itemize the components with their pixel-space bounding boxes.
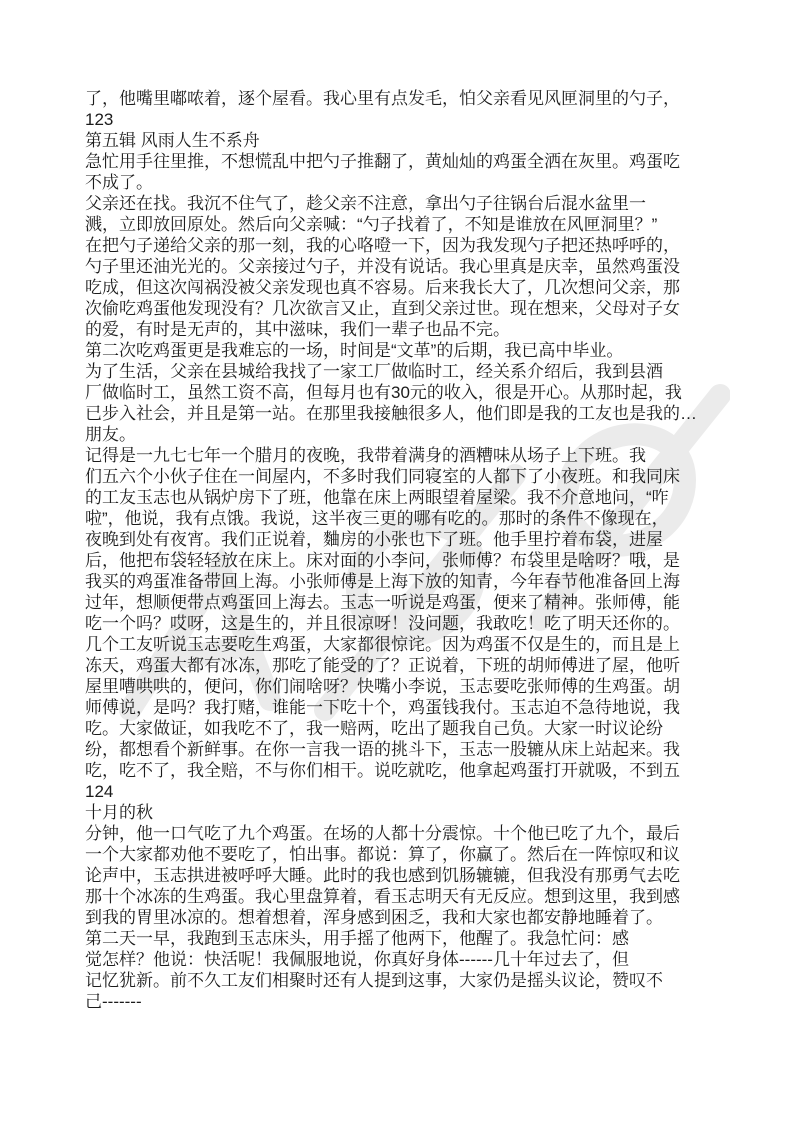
text-line: 第二天一早，我跑到玉志床头，用手摇了他两下，他醒了。我急忙问：感 [85,928,725,949]
text-line: 夜晚到处有夜宵。我们正说着，麯房的小张也下了班。他手里拧着布袋，进屋 [85,529,725,550]
text-line: 急忙用手往里推，不想慌乱中把勺子推翻了，黄灿灿的鸡蛋全洒在灰里。鸡蛋吃 [85,151,725,172]
text-line: 第二次吃鸡蛋更是我难忘的一场，时间是“文革”的后期，我已高中毕业。 [85,340,725,361]
text-line: 我买的鸡蛋准备带回上海。小张师傅是上海下放的知青，今年春节他准备回上海 [85,571,725,592]
text-line: 过年，想顺便带点鸡蛋回上海去。玉志一听说是鸡蛋，便来了精神。张师傅，能 [85,592,725,613]
text-line: 冻天，鸡蛋大都有冰冻，那吃了能受的了？正说着，下班的胡师傅进了屋，他听 [85,655,725,676]
text-line: 朋友。 [85,424,725,445]
text-line: 觉怎样？他说：快活呢！我佩服地说，你真好身体------几十年过去了，但 [85,949,725,970]
text-line: 父亲还在找。我沉不住气了，趁父亲不注意，拿出勺子往锅台后混水盆里一 [85,193,725,214]
text-line: 勺子里还油光光的。父亲接过勺子，并没有说话。我心里真是庆幸，虽然鸡蛋没 [85,256,725,277]
text-line: 那十个冰冻的生鸡蛋。我心里盘算着，看玉志明天有无反应。想到这里，我到感 [85,886,725,907]
text-line: 己------- [85,991,725,1012]
text-line: 屋里嘈哄哄的，便问，你们闹啥呀？快嘴小李说，玉志要吃张师傅的生鸡蛋。胡 [85,676,725,697]
text-line: 为了生活，父亲在县城给我找了一家工厂做临时工，经关系介绍后，我到县酒 [85,361,725,382]
text-line: 分钟，他一口气吃了九个鸡蛋。在场的人都十分震惊。十个他已吃了九个，最后 [85,823,725,844]
text-line: 了，他嘴里嘟哝着，逐个屋看。我心里有点发毛，怕父亲看见风匣洞里的勺子， [85,88,725,109]
text-line: 次偷吃鸡蛋他发现没有？几次欲言又止，直到父亲过世。现在想来，父母对子女 [85,298,725,319]
text-line: 吃，吃不了，我全赔，不与你们相干。说吃就吃，他拿起鸡蛋打开就吸，不到五 [85,760,725,781]
text-line: 不成了。 [85,172,725,193]
document-page: 了，他嘴里嘟哝着，逐个屋看。我心里有点发毛，怕父亲看见风匣洞里的勺子，123第五… [0,0,793,1122]
text-line: 十月的秋 [85,802,725,823]
text-line: 吃成，但这次闯祸没被父亲发现也真不容易。后来我长大了，几次想问父亲，那 [85,277,725,298]
text-line: 溅，立即放回原处。然后向父亲喊：“勺子找着了，不知是谁放在风匣洞里？” [85,214,725,235]
text-line: 一个大家都劝他不要吃了，怕出事。都说：算了，你赢了。然后在一阵惊叹和议 [85,844,725,865]
text-line: 吃一个吗？哎呀，这是生的，并且很凉呀！没问题，我敢吃！吃了明天还你的。 [85,613,725,634]
text-line: 到我的胃里冰凉的。想着想着，浑身感到困乏，我和大家也都安静地睡着了。 [85,907,725,928]
text-line: 记忆犹新。前不久工友们相聚时还有人提到这事，大家仍是摇头议论，赞叹不 [85,970,725,991]
text-line: 们五六个小伙子住在一间屋内，不多时我们同寝室的人都下了小夜班。和我同床 [85,466,725,487]
text-line: 几个工友听说玉志要吃生鸡蛋，大家都很惊诧。因为鸡蛋不仅是生的，而且是上 [85,634,725,655]
text-line: 已步入社会，并且是第一站。在那里我接触很多人，他们即是我的工友也是我的… [85,403,725,424]
text-line: 123 [85,109,725,130]
text-line: 师傅说，是吗？我打赌，谁能一下吃十个，鸡蛋钱我付。玉志迫不急待地说，我 [85,697,725,718]
text-line: 124 [85,781,725,802]
text-block: 了，他嘴里嘟哝着，逐个屋看。我心里有点发毛，怕父亲看见风匣洞里的勺子，123第五… [85,88,725,1012]
text-line: 啦”，他说，我有点饿。我说，这半夜三更的哪有吃的。那时的条件不像现在， [85,508,725,529]
text-line: 的工友玉志也从锅炉房下了班，他靠在床上两眼望着屋梁。我不介意地问，“咋 [85,487,725,508]
text-line: 在把勺子递给父亲的那一刻，我的心咯噔一下，因为我发现勺子把还热呼呼的， [85,235,725,256]
text-line: 的爱，有时是无声的，其中滋味，我们一辈子也品不完。 [85,319,725,340]
text-line: 纷，都想看个新鲜事。在你一言我一语的挑斗下，玉志一股辘从床上站起来。我 [85,739,725,760]
text-line: 后，他把布袋轻轻放在床上。床对面的小李问，张师傅？布袋里是啥呀？哦，是 [85,550,725,571]
text-line: 第五辑 风雨人生不系舟 [85,130,725,151]
text-line: 厂做临时工，虽然工资不高，但每月也有30元的收入，很是开心。从那时起，我 [85,382,725,403]
text-line: 论声中，玉志拱进被呼呼大睡。此时的我也感到饥肠辘辘，但我没有那勇气去吃 [85,865,725,886]
text-line: 记得是一九七七年一个腊月的夜晚，我带着满身的酒糟味从场子上下班。我 [85,445,725,466]
text-line: 吃。大家做证，如我吃不了，我一赔两，吃出了题我自己负。大家一时议论纷 [85,718,725,739]
